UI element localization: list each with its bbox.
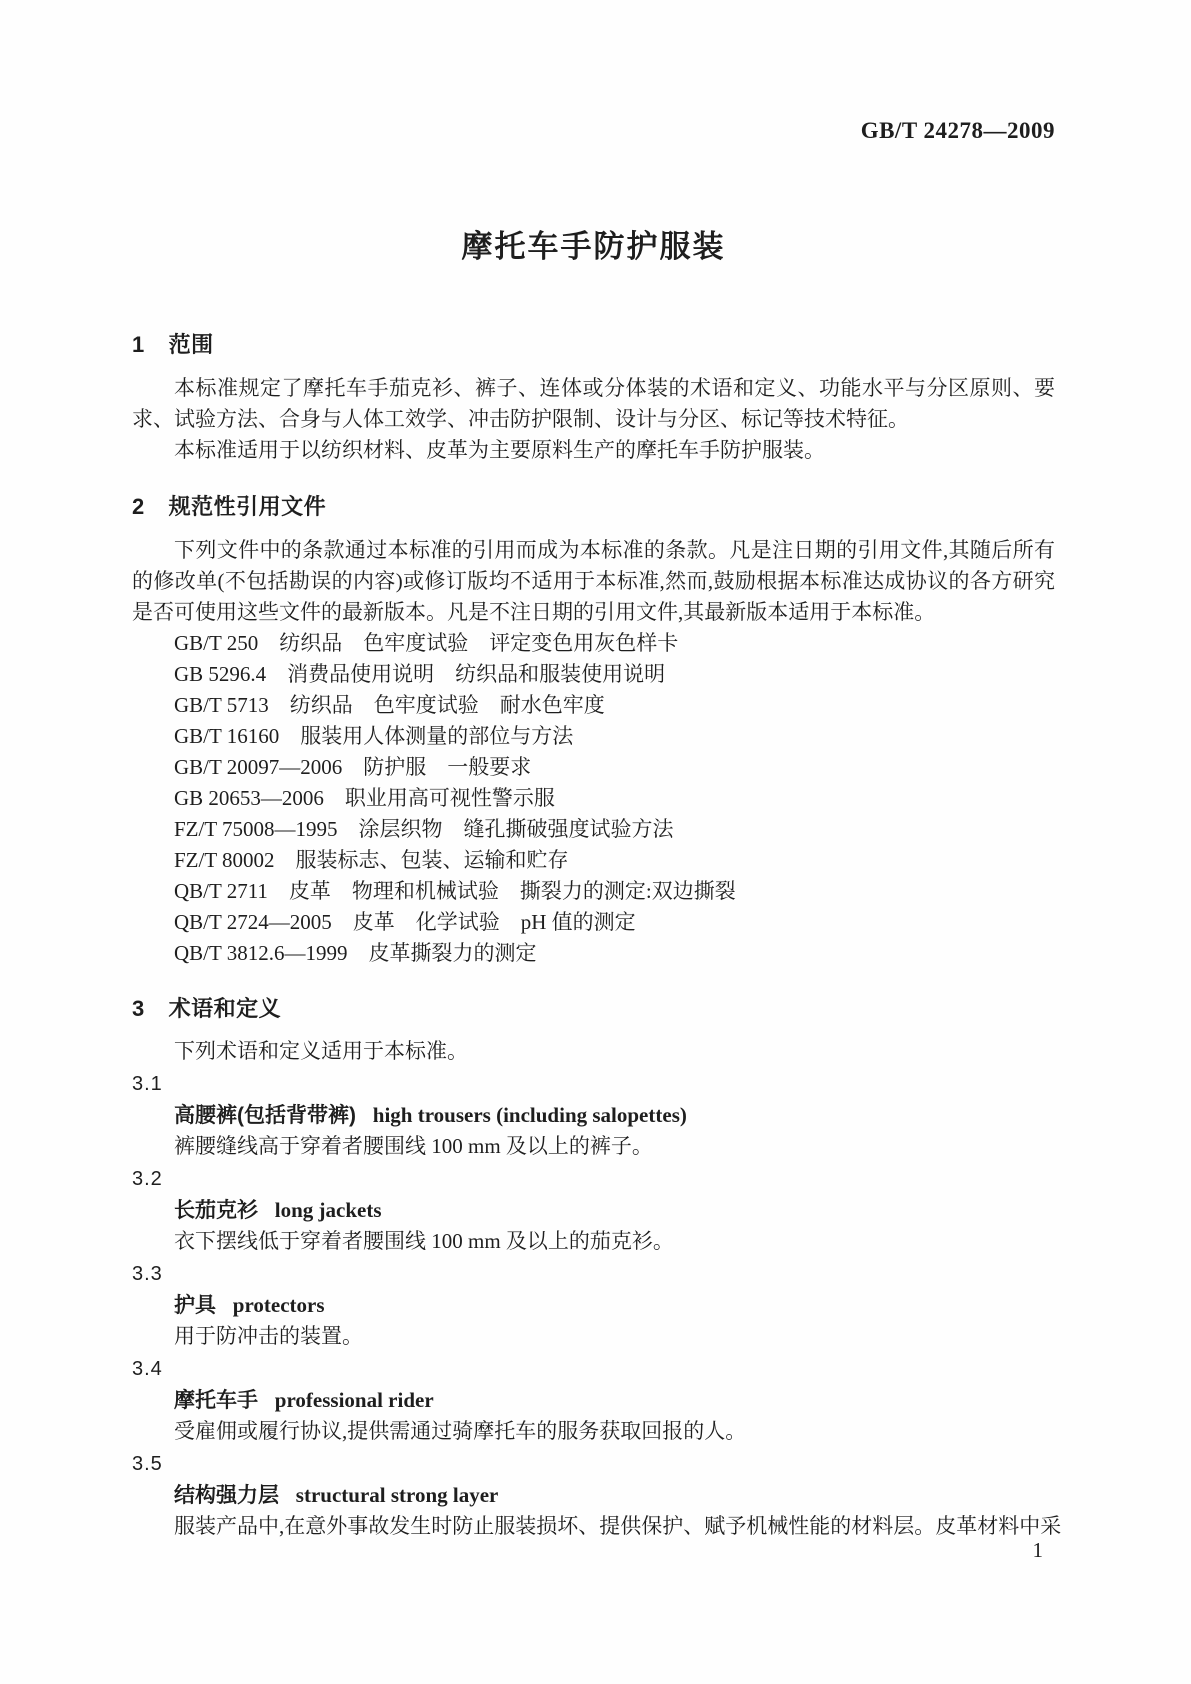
normative-reference-list: GB/T 250 纺织品 色牢度试验 评定变色用灰色样卡 GB 5296.4 消… [132,628,1055,969]
section-3-number: 3 [132,994,162,1024]
term-number: 3.3 [132,1259,1055,1290]
term-number: 3.2 [132,1164,1055,1195]
section-1-paragraph-2: 本标准适用于以纺织材料、皮革为主要原料生产的摩托车手防护服装。 [132,435,1055,466]
term-number: 3.1 [132,1069,1055,1100]
reference-item: GB/T 20097—2006 防护服 一般要求 [132,752,1055,783]
term-block: 3.1 高腰裤(包括背带裤)high trousers (including s… [132,1069,1055,1162]
reference-item: GB/T 5713 纺织品 色牢度试验 耐水色牢度 [132,690,1055,721]
term-definition: 裤腰缝线高于穿着者腰围线 100 mm 及以上的裤子。 [132,1131,1055,1162]
reference-item: GB/T 16160 服装用人体测量的部位与方法 [132,721,1055,752]
standard-number: GB/T 24278—2009 [132,116,1055,146]
term-name-en: high trousers (including salopettes) [373,1103,687,1127]
page-number: 1 [1033,1537,1044,1563]
document-title: 摩托车手防护服装 [132,226,1055,268]
term-definition: 受雇佣或履行协议,提供需通过骑摩托车的服务获取回报的人。 [132,1416,1055,1447]
term-definition: 衣下摆线低于穿着者腰围线 100 mm 及以上的茄克衫。 [132,1226,1055,1257]
section-2-heading: 2 规范性引用文件 [132,492,1055,522]
term-heading: 结构强力层structural strong layer [132,1480,1055,1511]
term-heading: 摩托车手professional rider [132,1385,1055,1416]
term-name-en: long jackets [275,1198,382,1222]
section-2-title: 规范性引用文件 [169,494,327,519]
term-number: 3.4 [132,1354,1055,1385]
reference-item: FZ/T 75008—1995 涂层织物 缝孔撕破强度试验方法 [132,814,1055,845]
reference-item: GB 5296.4 消费品使用说明 纺织品和服装使用说明 [132,659,1055,690]
reference-item: GB 20653—2006 职业用高可视性警示服 [132,783,1055,814]
page-content: GB/T 24278—2009 摩托车手防护服装 1 范围 本标准规定了摩托车手… [132,0,1055,1542]
term-name-zh: 结构强力层 [174,1484,279,1507]
term-name-zh: 摩托车手 [174,1389,258,1412]
section-3-title: 术语和定义 [169,996,282,1021]
term-name-zh: 高腰裤(包括背带裤) [174,1104,356,1127]
section-3-intro: 下列术语和定义适用于本标准。 [132,1036,1055,1067]
term-name-en: professional rider [275,1388,434,1412]
reference-item: GB/T 250 纺织品 色牢度试验 评定变色用灰色样卡 [132,628,1055,659]
section-1-heading: 1 范围 [132,330,1055,360]
term-name-zh: 护具 [174,1294,216,1317]
term-heading: 高腰裤(包括背带裤)high trousers (including salop… [132,1100,1055,1131]
term-name-en: protectors [233,1293,325,1317]
document-page: GB/T 24278—2009 摩托车手防护服装 1 范围 本标准规定了摩托车手… [0,0,1191,1684]
term-name-zh: 长茄克衫 [174,1199,258,1222]
reference-item: FZ/T 80002 服装标志、包装、运输和贮存 [132,845,1055,876]
reference-item: QB/T 2724—2005 皮革 化学试验 pH 值的测定 [132,907,1055,938]
section-1-title: 范围 [169,332,214,357]
term-block: 3.3 护具protectors 用于防冲击的装置。 [132,1259,1055,1352]
section-3-heading: 3 术语和定义 [132,994,1055,1024]
section-2-paragraph-1: 下列文件中的条款通过本标准的引用而成为本标准的条款。凡是注日期的引用文件,其随后… [132,535,1055,628]
term-definition: 服装产品中,在意外事故发生时防止服装损坏、提供保护、赋予机械性能的材料层。皮革材… [132,1511,1055,1542]
section-2-number: 2 [132,492,162,522]
term-name-en: structural strong layer [296,1483,499,1507]
term-number: 3.5 [132,1449,1055,1480]
term-block: 3.2 长茄克衫long jackets 衣下摆线低于穿着者腰围线 100 mm… [132,1164,1055,1257]
section-1-number: 1 [132,330,162,360]
term-definition: 用于防冲击的装置。 [132,1321,1055,1352]
term-block: 3.5 结构强力层structural strong layer 服装产品中,在… [132,1449,1055,1542]
term-block: 3.4 摩托车手professional rider 受雇佣或履行协议,提供需通… [132,1354,1055,1447]
term-heading: 护具protectors [132,1290,1055,1321]
reference-item: QB/T 3812.6—1999 皮革撕裂力的测定 [132,938,1055,969]
section-1-paragraph-1: 本标准规定了摩托车手茄克衫、裤子、连体或分体装的术语和定义、功能水平与分区原则、… [132,373,1055,435]
term-heading: 长茄克衫long jackets [132,1195,1055,1226]
reference-item: QB/T 2711 皮革 物理和机械试验 撕裂力的测定:双边撕裂 [132,876,1055,907]
